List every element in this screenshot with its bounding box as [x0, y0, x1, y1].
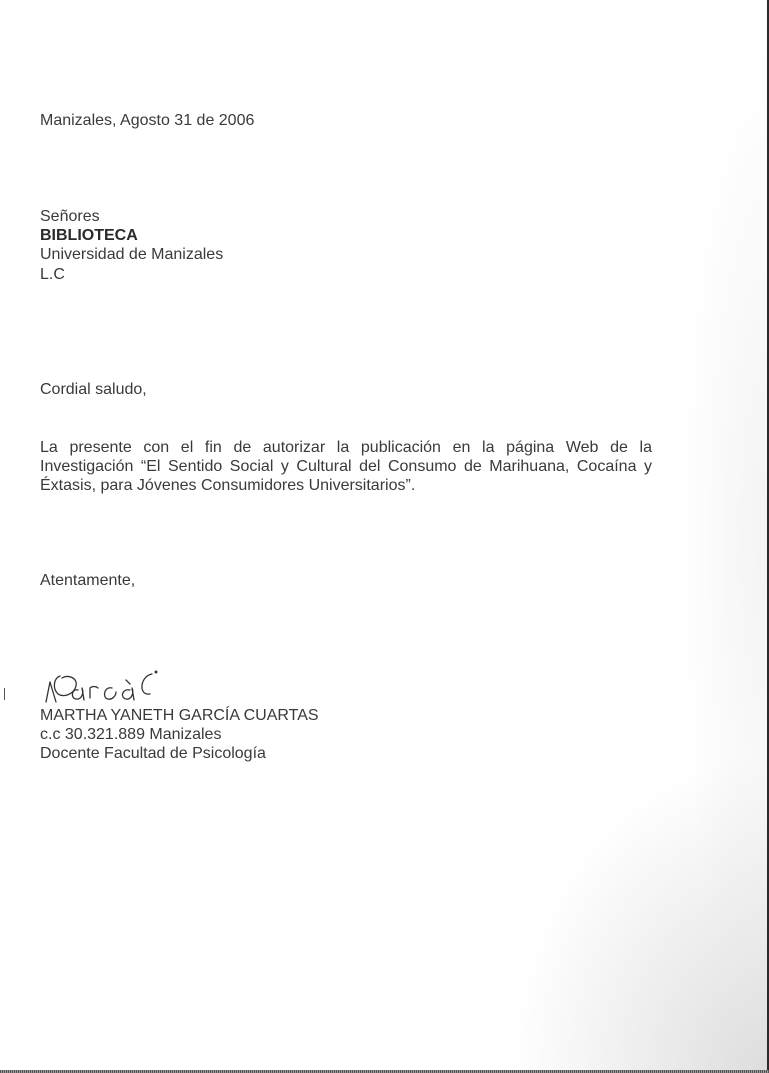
body-line: Éxtasis, para Jóvenes Consumidores Unive… [40, 476, 652, 495]
body-line: Investigación “El Sentido Social y Cultu… [40, 457, 652, 476]
signer-id: c.c 30.321.889 Manizales [40, 725, 221, 744]
scanned-letter-page: Manizales, Agosto 31 de 2006 Señores BIB… [0, 0, 767, 1070]
signer-title: Docente Facultad de Psicología [40, 744, 266, 763]
place-date: Manizales, Agosto 31 de 2006 [40, 111, 254, 130]
body-line: La presente con el fin de autorizar la p… [40, 438, 652, 457]
scan-left-mark [4, 688, 5, 700]
recipient-city: L.C [40, 265, 65, 284]
greeting: Cordial saludo, [40, 380, 147, 399]
signer-name: MARTHA YANETH GARCÍA CUARTAS [40, 706, 319, 725]
recipient-institution: Universidad de Manizales [40, 245, 223, 264]
body-paragraph: La presente con el fin de autorizar la p… [40, 438, 652, 495]
closing: Atentamente, [40, 571, 135, 590]
recipient-name: BIBLIOTECA [40, 226, 138, 245]
recipient-salutation: Señores [40, 207, 100, 226]
signature-icon [42, 668, 192, 710]
